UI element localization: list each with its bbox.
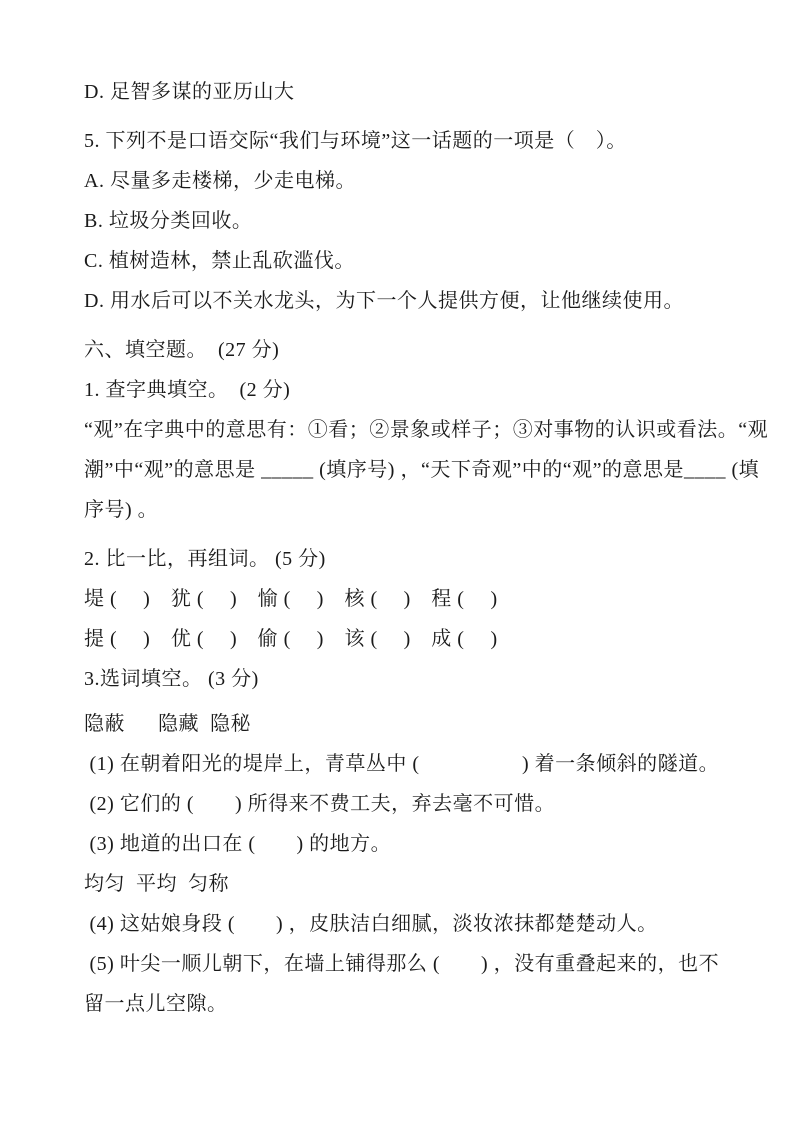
exam-document-page: D. 足智多谋的亚历山大 5. 下列不是口语交际“我们与环境”这一话题的一项是（… <box>0 0 793 1122</box>
section6-q3-item-1: (1) 在朝着阳光的堤岸上，青草丛中 ( ) 着一条倾斜的隧道。 <box>84 744 757 784</box>
section6-q3-word-bank-1: 隐蔽 隐藏 隐秘 <box>84 704 757 744</box>
section6-q1-heading: 1. 查字典填空。 (2 分) <box>84 370 757 410</box>
section6-q3-word-bank-2: 均匀 平均 匀称 <box>84 864 757 904</box>
section6-q2-word-row-1: 堤 ( ) 犹 ( ) 愉 ( ) 核 ( ) 程 ( ) <box>84 579 757 619</box>
section6-q1-text-line-2: 潮”中“观”的意思是 _____ (填序号) ，“天下奇观”中的“观”的意思是_… <box>84 450 757 490</box>
section6-q3-item-3: (3) 地道的出口在 ( ) 的地方。 <box>84 824 757 864</box>
q5-option-d: D. 用水后可以不关水龙头，为下一个人提供方便，让他继续使用。 <box>84 281 757 321</box>
section6-q1-text-line-1: “观”在字典中的意思有：①看；②景象或样子；③对事物的认识或看法。“观 <box>84 410 757 450</box>
q5-option-c: C. 植树造林，禁止乱砍滥伐。 <box>84 241 757 281</box>
section6-q2-heading: 2. 比一比，再组词。 (5 分) <box>84 539 757 579</box>
q5-stem: 5. 下列不是口语交际“我们与环境”这一话题的一项是（ ）。 <box>84 121 757 161</box>
section6-q3-item-5: (5) 叶尖一顺儿朝下，在墙上铺得那么 ( ) ，没有重叠起来的，也不 <box>84 944 757 984</box>
section6-q3-heading: 3.选词填空。 (3 分) <box>84 659 757 699</box>
section6-heading: 六、填空题。 (27 分) <box>84 330 757 370</box>
q4-option-d: D. 足智多谋的亚历山大 <box>84 72 757 112</box>
section6-q1-text-line-3: 序号) 。 <box>84 490 757 530</box>
section6-q2-word-row-2: 提 ( ) 优 ( ) 偷 ( ) 该 ( ) 成 ( ) <box>84 619 757 659</box>
section6-q3-item-5-continuation: 留一点儿空隙。 <box>84 984 757 1024</box>
q5-option-a: A. 尽量多走楼梯，少走电梯。 <box>84 161 757 201</box>
section6-q3-item-4: (4) 这姑娘身段 ( ) ，皮肤洁白细腻，淡妆浓抹都楚楚动人。 <box>84 904 757 944</box>
section6-q3-item-2: (2) 它们的 ( ) 所得来不费工夫，弃去毫不可惜。 <box>84 784 757 824</box>
q5-option-b: B. 垃圾分类回收。 <box>84 201 757 241</box>
